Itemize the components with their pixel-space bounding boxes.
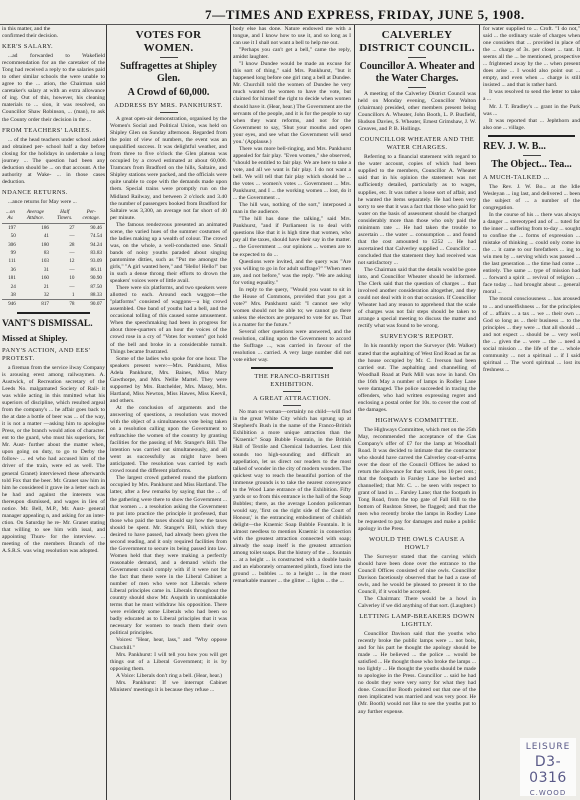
paragraph: The Surveyor stated that the carving whi… (358, 554, 476, 596)
table-row: 1111031293.09 (2, 257, 105, 265)
column-divider (479, 25, 480, 800)
paragraph: "Perhaps you can't get a bell," came the… (233, 47, 351, 61)
table-cell: 78 (52, 300, 78, 309)
paragraph: In reply to the query, "Would you want t… (233, 287, 351, 329)
paragraph: The Rev. J. W. Bo... at the Idle Wesleya… (483, 184, 580, 212)
section-rule (488, 135, 575, 137)
paragraph: Several other questions were answered, a… (233, 329, 351, 364)
paragraph: for water supplied to ... Croft. "I do n… (483, 26, 580, 89)
table-cell: 90.90 (78, 274, 105, 282)
column-2: VOTES FOR WOMEN. Suffragettes at Shipley… (110, 26, 227, 800)
subheading: COUNCILLOR WHEATER AND THE WATER CHARGES… (358, 136, 476, 152)
object-heading: The Object... Tea... (483, 159, 580, 171)
table-cell: 180 (19, 241, 52, 249)
table-cell: 103 (19, 257, 52, 265)
crowd-heading: A Crowd of 60,000. (110, 87, 227, 99)
table-cell: 31 (19, 266, 52, 274)
teachers-text: ... of the head teachers under school as… (2, 137, 105, 186)
table-cell: 197 (2, 223, 19, 232)
table-cell: 181 (2, 274, 19, 282)
table-cell: 160 (19, 274, 52, 282)
teachers-heading: FROM TEACHERS' LARIES. (2, 127, 105, 135)
column-3: body else has done. Nature endowed me wi… (233, 26, 351, 800)
table-cell: 90.07 (78, 300, 105, 309)
table-cell: 83.83 (78, 249, 105, 257)
table-cell: 1 (52, 291, 78, 300)
subheading: A MUCH-TALKED ... (483, 174, 580, 182)
table-row: 5041—74.54 (2, 232, 105, 240)
table-row: 3631—86.11 (2, 266, 105, 274)
paragraph: The moral consciousness ... has aroused … (483, 296, 580, 374)
paragraph: There was more bell-ringing, and Mrs. Pa… (233, 146, 351, 202)
attendance-table: ...on Av. Average Attdnce. Half Timers. … (2, 208, 105, 309)
table-total-row: 9468177890.07 (2, 300, 105, 309)
paragraph: There were six platforms, and two speake… (110, 285, 227, 355)
table-cell: 50 (2, 232, 19, 240)
salary-heading: KER'S SALARY. (2, 43, 105, 51)
table-cell: 21 (19, 283, 52, 291)
table-cell: 28 (52, 241, 78, 249)
table-cell: 36 (2, 266, 19, 274)
table-row: 3061802894.24 (2, 241, 105, 249)
masthead-rule (0, 24, 580, 25)
paragraph: The Chairman said that the details would… (358, 267, 476, 330)
attendance-heading: NDANCE RETURNS. (2, 189, 105, 197)
divider (283, 405, 301, 406)
paragraph: "I know Dundee would be made an excuse f… (233, 61, 351, 146)
rev-heading: REV. J. W. B... (483, 141, 580, 153)
paragraph: Referring to a financial statement with … (358, 154, 476, 267)
paragraph: In the course of his ... there was alway… (483, 212, 580, 297)
table-cell: 83 (19, 249, 52, 257)
paragraph: The Highways Committee, which met on the… (358, 427, 476, 533)
table-cell: 99 (2, 249, 19, 257)
section-rule (251, 367, 334, 369)
table-cell: — (52, 283, 78, 291)
table-cell: 10 (52, 274, 78, 282)
paragraph: Questions were invited, and the query wa… (233, 259, 351, 287)
paragraph: A great open-air demonstration, organise… (110, 116, 227, 222)
table-row: 1811601090.90 (2, 274, 105, 282)
paragraph: The hill was, nothing of the sort," inte… (233, 202, 351, 216)
table-cell: 12 (52, 257, 78, 265)
paragraph: In his monthly report the Surveyor (Mr. … (358, 343, 476, 413)
paragraph: Voices: "Hear, hear, lass," and "Why opp… (110, 637, 227, 651)
paragraph: body else has done. Nature endowed me wi… (233, 26, 351, 47)
stamp-line-3: C.WOOD (520, 789, 576, 797)
divider (408, 57, 426, 58)
stamp-line-2: D3-0316 (520, 754, 576, 786)
paragraph: Some of the ladies who spoke for one hou… (110, 356, 227, 405)
divider (523, 155, 541, 156)
paragraph: Mrs. Pankhurst: If we interrupt Cabinet … (110, 680, 227, 694)
table-cell: 93.09 (78, 257, 105, 265)
stamp-line-1: LEISURE (520, 742, 576, 752)
table-cell: 41 (19, 232, 52, 240)
masthead: 7—TIMES AND EXPRESS, FRIDAY, JUNE 5, 190… (0, 0, 580, 24)
divider (283, 391, 301, 392)
table-row: 2421—87.50 (2, 283, 105, 291)
table-cell: 186 (19, 223, 52, 232)
table-cell: 87.50 (78, 283, 105, 291)
column-1: in this matter, and the confirmed their … (2, 26, 105, 800)
paragraph: Councillor Davison said that the youths … (358, 631, 476, 716)
archive-stamp: LEISURE D3-0316 C.WOOD (520, 738, 576, 796)
column-4: CALVERLEY DISTRICT COUNCIL. Councillor A… (358, 26, 476, 800)
paragraph: No man or woman—certainly no child—will … (233, 409, 351, 585)
paragraph: It was resolved to send the letter to ta… (483, 89, 580, 103)
column-divider (230, 25, 231, 800)
subheading: SURVEYOR'S REPORT. (358, 333, 476, 341)
votes-heading: VOTES FOR WOMEN. (110, 29, 227, 55)
table-cell: — (52, 266, 78, 274)
franco-heading: THE FRANCO-BRITISH EXHIBITION. (233, 373, 351, 389)
table-cell: — (52, 249, 78, 257)
masthead-title: 7—TIMES AND EXPRESS, FRIDAY, JUNE 5, 190… (205, 7, 525, 23)
table-cell: 24 (2, 283, 19, 291)
col-header: ...on Av. (2, 208, 19, 223)
table-cell: 32 (19, 291, 52, 300)
subheading: HIGHWAYS COMMITTEE. (358, 417, 476, 425)
franco-subheading: A GREAT ATTRACTION. (233, 395, 351, 403)
table-cell: 38 (2, 291, 19, 300)
divider (408, 87, 426, 88)
table-row: 3832188.33 (2, 291, 105, 300)
table-row: 9983—83.83 (2, 249, 105, 257)
attendance-body: 1971862790.465041—74.543061802894.249983… (2, 223, 105, 309)
table-cell: — (52, 232, 78, 240)
divider (160, 112, 178, 113)
subheading: LETTING LAMP-BREAKERS DOWN LIGHTLY. (358, 613, 476, 629)
dismissal-text: a fireman from the service ilway Company… (2, 365, 105, 555)
dismissal-subheading: Missed at Shipley. (2, 332, 105, 344)
attendance-intro: ...ance returns for May were ... (2, 199, 105, 206)
paragraph: Mr. J. T. Bradley's ... grant in the Par… (483, 104, 580, 118)
salary-text: ...ad forwarded to Wakefield recommendat… (2, 53, 105, 123)
paragraph: Mrs. Pankhurst: I will tell you how you … (110, 652, 227, 673)
newspaper-page: 7—TIMES AND EXPRESS, FRIDAY, JUNE 5, 190… (0, 0, 580, 800)
table-cell: 817 (19, 300, 52, 309)
column-divider (354, 25, 355, 800)
table-cell: 90.46 (78, 223, 105, 232)
subheading: WOULD THE OWLS CAUSE A HOWL? (358, 536, 476, 552)
table-cell: 111 (2, 257, 19, 265)
paragraph: A meeting of the Calverley District Coun… (358, 91, 476, 133)
table-row: 1971862790.46 (2, 223, 105, 232)
table-cell: 946 (2, 300, 19, 309)
paragraph: The famous rendezvous presented an anima… (110, 222, 227, 285)
address-heading: ADDRESS BY MRS. PANKHURST. (110, 102, 227, 110)
section-rule (17, 312, 89, 314)
calverley-heading: CALVERLEY DISTRICT COUNCIL. (358, 29, 476, 55)
table-cell: 94.24 (78, 241, 105, 249)
intro-line: in this matter, and the (2, 26, 105, 33)
col-header: Half Timers. (52, 208, 78, 223)
attendance-header-row: ...on Av. Average Attdnce. Half Timers. … (2, 208, 105, 223)
paragraph: It was reported that ... Jephthorn and a… (483, 118, 580, 132)
dismissal-subheading-2: PANY'S ACTION, AND EES' PROTEST. (2, 347, 105, 363)
divider (160, 57, 178, 58)
paragraph: "The hill has done the talking," said Mr… (233, 216, 351, 258)
paragraph: The largest crowd gathered round the pla… (110, 475, 227, 637)
intro-line: confirmed their decision. (2, 33, 105, 40)
table-cell: 27 (52, 223, 78, 232)
table-cell: 86.11 (78, 266, 105, 274)
column-5: for water supplied to ... Croft. "I do n… (483, 26, 580, 800)
table-cell: 74.54 (78, 232, 105, 240)
col-header: Average Attdnce. (19, 208, 52, 223)
paragraph: At the conclusion of arguments and the a… (110, 405, 227, 475)
table-cell: 88.33 (78, 291, 105, 300)
paragraph: A Voice: Liberals don't ring a bell. (He… (110, 673, 227, 680)
suffragettes-heading: Suffragettes at Shipley Glen. (110, 61, 227, 85)
col-header: Per- centage. (78, 208, 105, 223)
column-divider (106, 25, 107, 800)
dismissal-heading: VANT'S DISMISSAL. (2, 318, 105, 330)
table-cell: 306 (2, 241, 19, 249)
wheater-heading: Councillor A. Wheater and the Water Char… (358, 61, 476, 85)
paragraph: The Chairman: There would be a howl in C… (358, 596, 476, 610)
